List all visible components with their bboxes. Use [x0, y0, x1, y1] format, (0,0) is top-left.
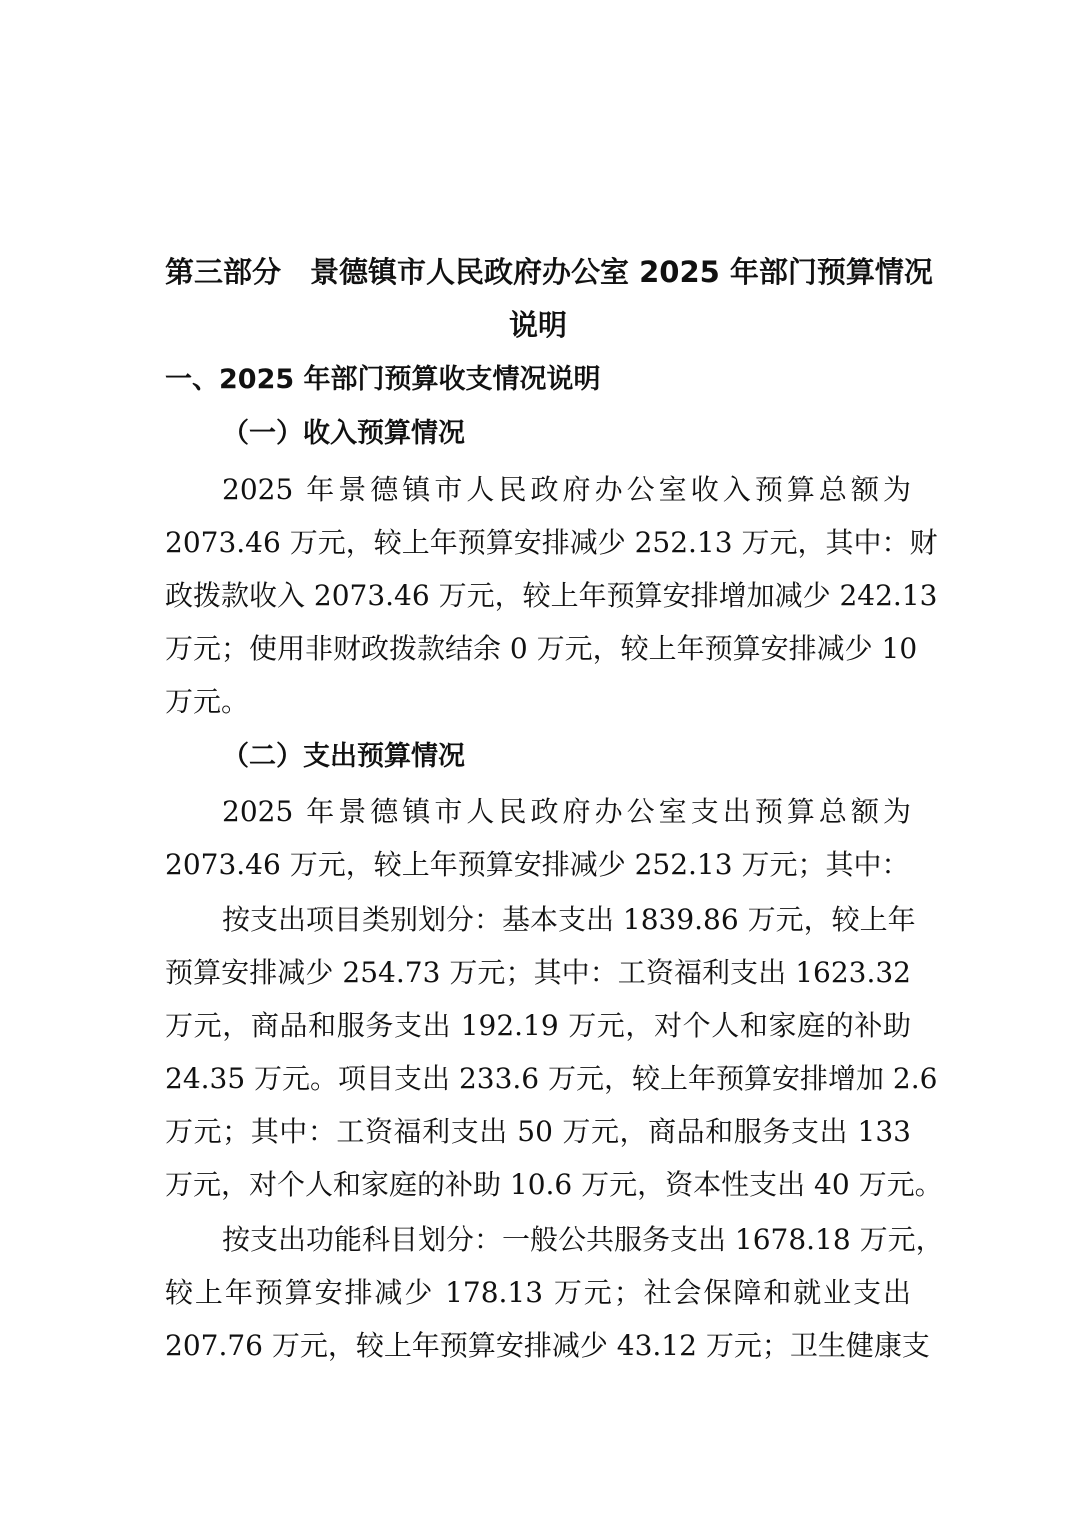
expenditure-by-category-line: 万元，商品和服务支出 192.19 万元，对个人和家庭的补助	[165, 1006, 911, 1046]
expenditure-by-category-line: 预算安排减少 254.73 万元；其中：工资福利支出 1623.32	[165, 953, 911, 993]
expenditure-paragraph-line: 2025 年景德镇市人民政府办公室支出预算总额为	[222, 792, 911, 832]
expenditure-by-function-line: 较上年预算安排减少 178.13 万元；社会保障和就业支出	[165, 1273, 911, 1313]
expenditure-by-category-line: 24.35 万元。项目支出 233.6 万元，较上年预算安排增加 2.6	[165, 1059, 911, 1099]
expenditure-by-function-line: 按支出功能科目划分：一般公共服务支出 1678.18 万元，	[222, 1220, 911, 1260]
document-title-line-1: 第三部分 景德镇市人民政府办公室 2025 年部门预算情况	[165, 252, 911, 292]
income-paragraph-line: 万元。	[165, 682, 911, 722]
expenditure-by-category-line: 万元；其中：工资福利支出 50 万元，商品和服务支出 133	[165, 1112, 911, 1152]
document-title-line-2: 说明	[165, 305, 911, 345]
expenditure-by-category-line: 按支出项目类别划分：基本支出 1839.86 万元，较上年	[222, 900, 911, 940]
subsection-heading-expenditure: （二）支出预算情况	[222, 737, 968, 777]
subsection-heading-income: （一）收入预算情况	[222, 414, 968, 454]
section-heading-1: 一、2025 年部门预算收支情况说明	[165, 360, 911, 400]
expenditure-by-function-line: 207.76 万元，较上年预算安排减少 43.12 万元；卫生健康支	[165, 1326, 911, 1366]
document-page: 第三部分 景德镇市人民政府办公室 2025 年部门预算情况 说明 一、2025 …	[0, 0, 1074, 1520]
income-paragraph-line: 万元；使用非财政拨款结余 0 万元，较上年预算安排减少 10	[165, 629, 911, 669]
income-paragraph-line: 政拨款收入 2073.46 万元，较上年预算安排增加减少 242.13	[165, 576, 911, 616]
income-paragraph-line: 2073.46 万元，较上年预算安排减少 252.13 万元，其中：财	[165, 523, 911, 563]
expenditure-paragraph-line: 2073.46 万元，较上年预算安排减少 252.13 万元；其中：	[165, 845, 911, 885]
expenditure-by-category-line: 万元，对个人和家庭的补助 10.6 万元，资本性支出 40 万元。	[165, 1165, 911, 1205]
income-paragraph-line: 2025 年景德镇市人民政府办公室收入预算总额为	[222, 470, 911, 510]
